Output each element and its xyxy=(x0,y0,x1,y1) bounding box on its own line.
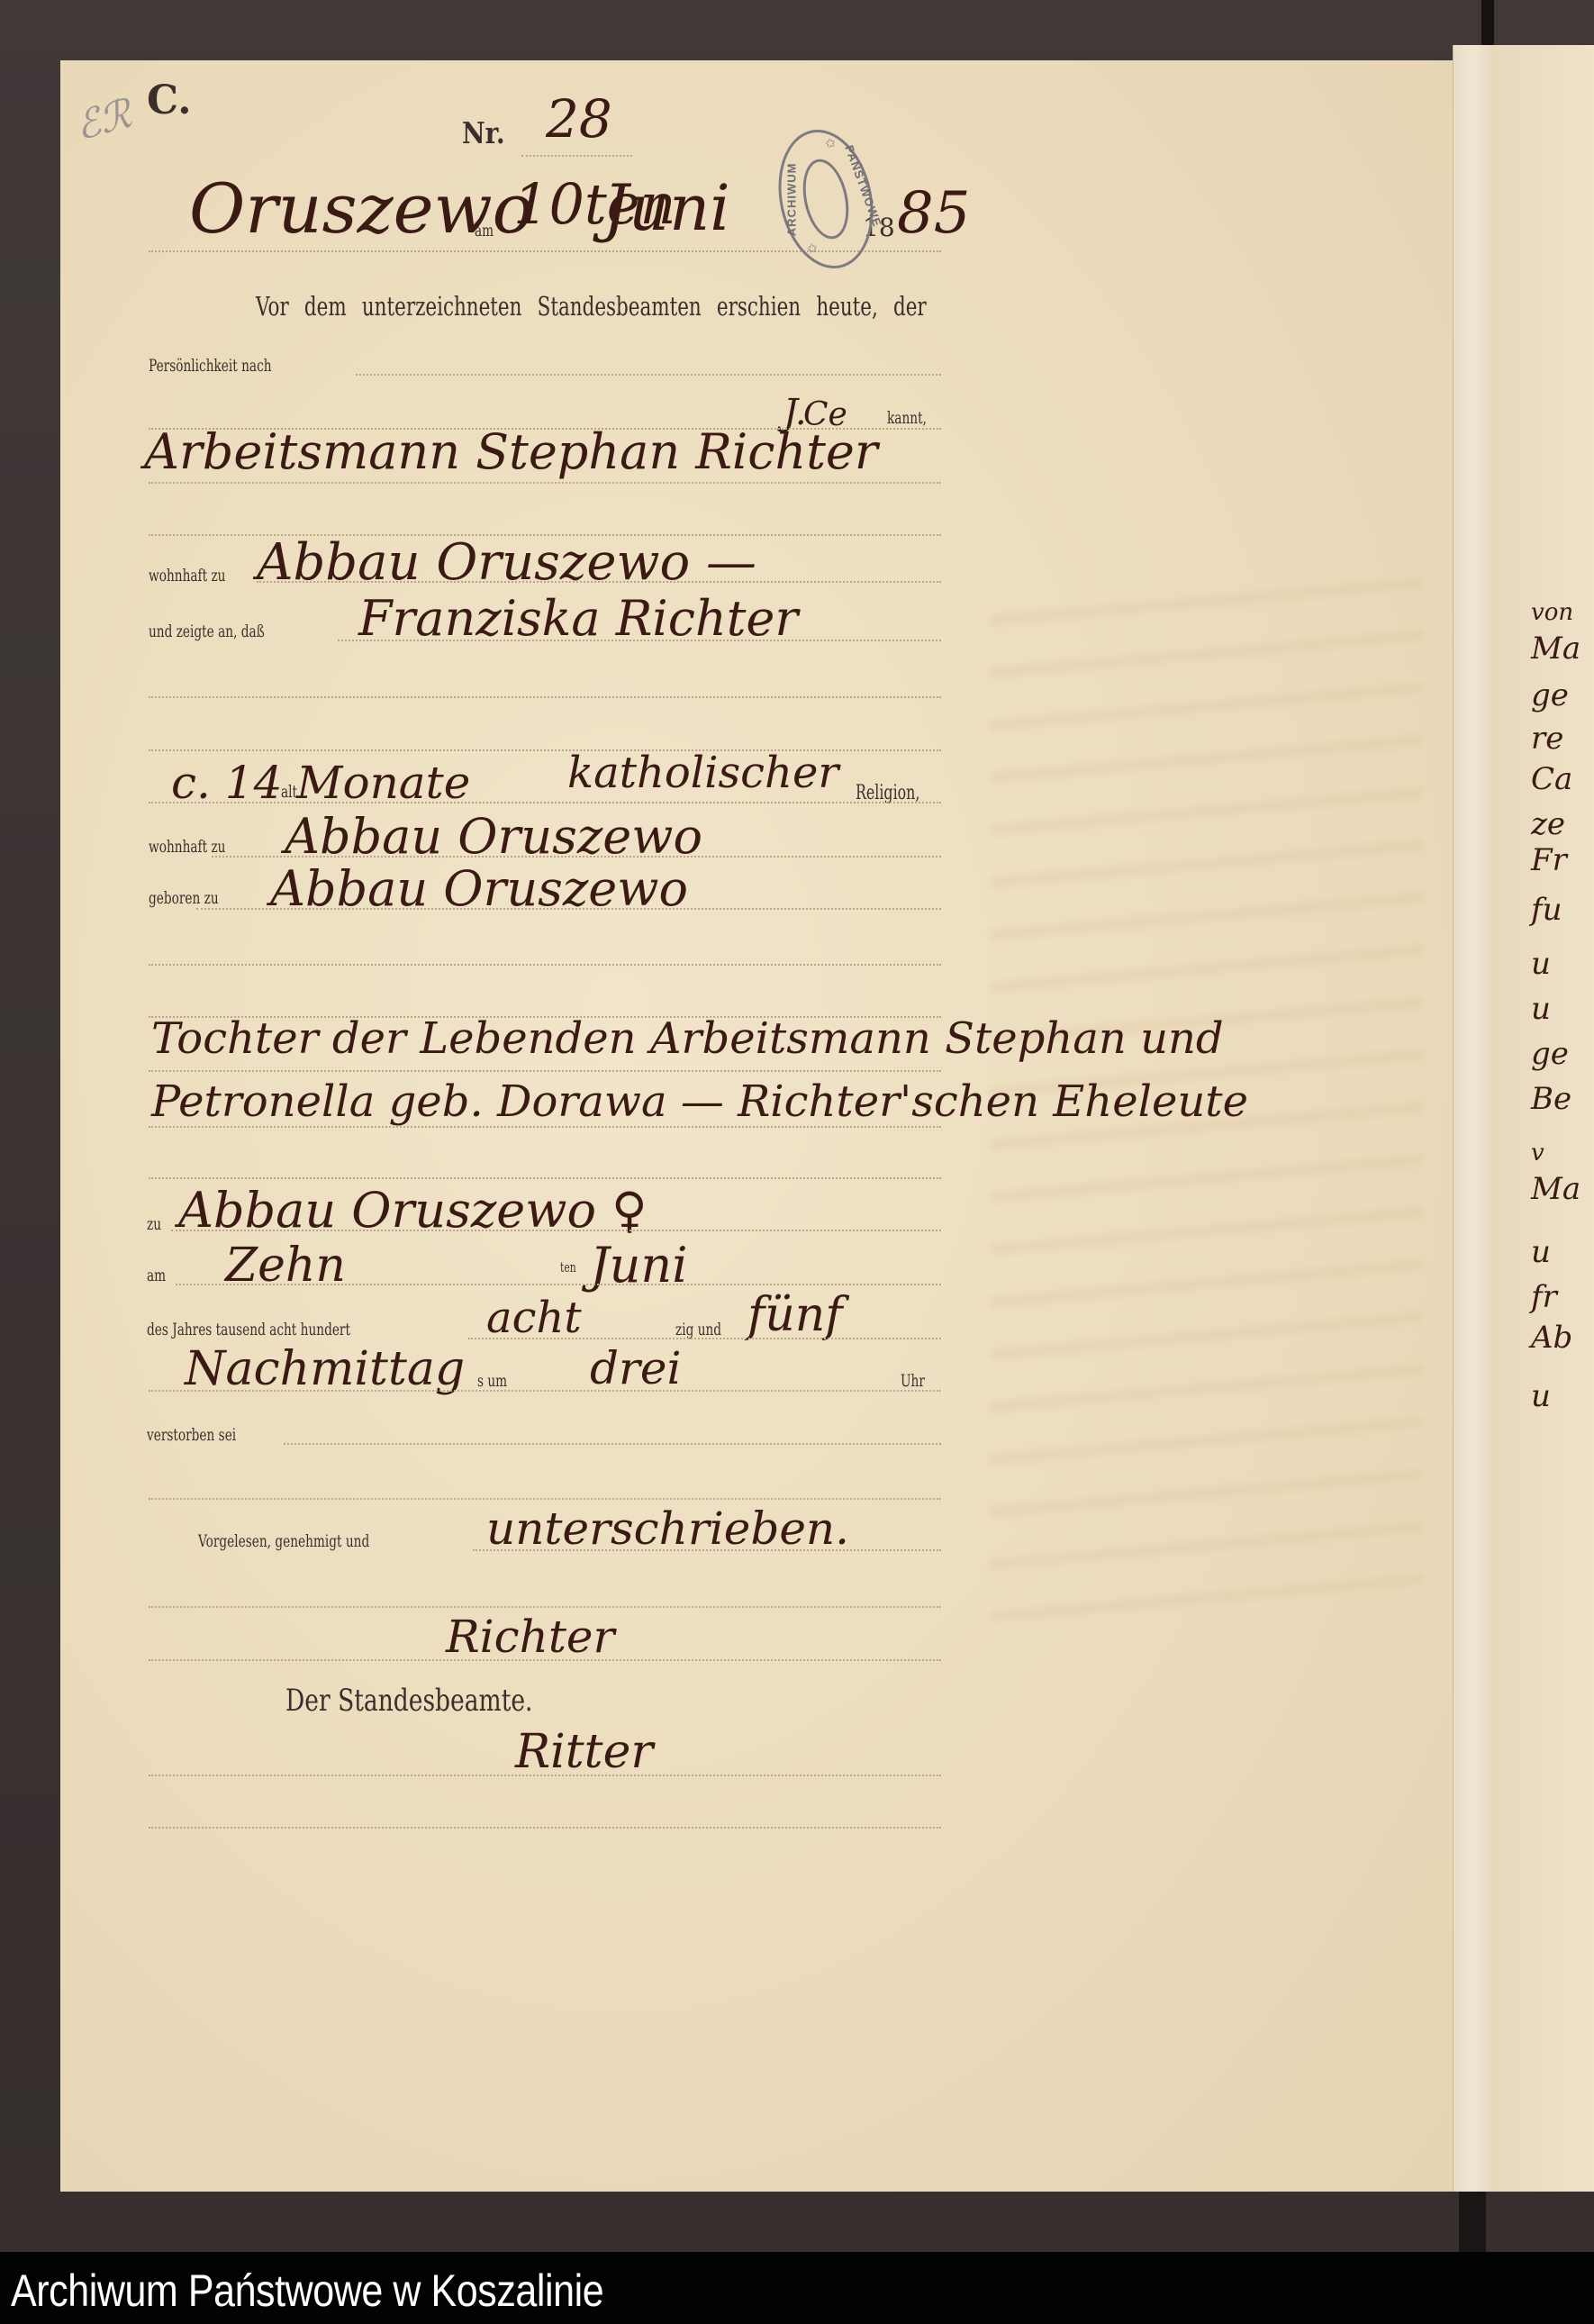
star-icon: ✩ xyxy=(806,241,820,257)
form-line xyxy=(468,1338,941,1339)
book-spine-top xyxy=(1481,0,1494,45)
time-of-day: Nachmittag xyxy=(185,1342,465,1396)
deceased-name: Franziska Richter xyxy=(358,590,798,647)
form-line xyxy=(149,482,941,484)
report-label: und zeigte an, daß xyxy=(149,622,265,641)
form-line xyxy=(149,696,941,698)
form-line xyxy=(284,1443,941,1445)
approval-value: unterschrieben. xyxy=(486,1502,849,1555)
registrar-signature: Ritter xyxy=(515,1725,653,1779)
form-line xyxy=(149,1827,941,1829)
parents-line-2: Petronella geb. Dorawa — Richter'schen E… xyxy=(151,1076,1248,1127)
year-tens: acht xyxy=(486,1293,582,1343)
date-am-label: am xyxy=(475,221,494,241)
book-spine-bottom xyxy=(1459,2192,1486,2252)
facing-line: fu xyxy=(1531,892,1562,928)
form-line xyxy=(257,581,941,583)
time-label: s um xyxy=(477,1371,507,1391)
facing-line: Ca xyxy=(1531,761,1572,797)
form-line xyxy=(149,1177,941,1179)
form-line xyxy=(212,856,941,858)
year-label: des Jahres tausend acht hundert xyxy=(147,1320,350,1339)
age-label: alt xyxy=(281,782,297,802)
date-year-suffix: 85 xyxy=(897,180,970,247)
archive-caption: Archiwum Państwowe w Koszalinie xyxy=(11,2265,603,2317)
form-line xyxy=(196,908,941,910)
record-number-label: Nr. xyxy=(462,115,505,150)
approval-label: Vorgelesen, genehmigt und xyxy=(198,1531,369,1551)
year-mid-label: zig und xyxy=(675,1320,721,1339)
form-line xyxy=(149,1390,941,1392)
record-number-line xyxy=(521,155,632,157)
form-line xyxy=(149,1070,941,1072)
deceased-residence-label: wohnhaft zu xyxy=(149,837,225,857)
facing-line: Ma xyxy=(1531,1171,1580,1207)
registrar-label: Der Standesbeamte. xyxy=(285,1683,532,1719)
hour: drei xyxy=(590,1342,682,1394)
form-line xyxy=(149,1775,941,1776)
informant-residence: Abbau Oruszewo — xyxy=(257,533,756,592)
facing-line: u xyxy=(1531,991,1551,1027)
facing-line: ze xyxy=(1531,806,1565,842)
facing-line: Ab xyxy=(1531,1320,1572,1356)
date-month: Juni xyxy=(603,171,730,245)
death-day-suffix: ten xyxy=(560,1259,576,1275)
facing-line: u xyxy=(1531,1378,1551,1414)
star-icon: ✩ xyxy=(824,136,838,152)
year-units: fünf xyxy=(747,1288,842,1342)
facing-line: ge xyxy=(1531,677,1569,713)
facing-line: von xyxy=(1531,599,1573,626)
form-line xyxy=(171,1230,941,1231)
form-line xyxy=(149,1606,941,1608)
stamp-text-archiwum: ARCHIWUM xyxy=(785,163,799,237)
form-line xyxy=(149,1498,941,1500)
informant-name: Arbeitsmann Stephan Richter xyxy=(144,423,878,480)
form-line xyxy=(338,640,941,641)
intro-line: Vor dem unterzeichneten Standesbeamten e… xyxy=(256,291,927,322)
facing-line: re xyxy=(1531,721,1563,757)
hour-label: Uhr xyxy=(901,1371,925,1391)
facing-line: Be xyxy=(1531,1081,1571,1117)
death-day-label: am xyxy=(147,1266,166,1285)
deceased-religion: katholischer xyxy=(567,748,838,798)
facing-line: u xyxy=(1531,1234,1551,1270)
died-label: verstorben sei xyxy=(147,1425,236,1445)
parents-line-1: Tochter der Lebenden Arbeitsmann Stephan… xyxy=(151,1013,1224,1064)
facing-line: u xyxy=(1531,946,1551,982)
record-number: 28 xyxy=(546,88,612,150)
page-gutter xyxy=(1453,45,1494,2192)
known-label: kannt, xyxy=(887,408,927,428)
form-line xyxy=(149,1126,941,1128)
facing-page xyxy=(1492,45,1594,2192)
facing-line: v xyxy=(1531,1139,1544,1167)
facing-line: fr xyxy=(1531,1279,1557,1315)
facing-line: Ma xyxy=(1531,631,1580,667)
facing-line: Fr xyxy=(1531,842,1567,878)
form-line xyxy=(473,1549,941,1551)
stamp-inner-ring xyxy=(796,155,856,243)
identity-label: Persönlichkeit nach xyxy=(149,356,272,376)
form-line xyxy=(149,802,941,803)
residence-label: wohnhaft zu xyxy=(149,566,225,586)
birthplace-label: geboren zu xyxy=(149,888,219,908)
form-line xyxy=(149,1659,941,1661)
facing-line: ge xyxy=(1531,1036,1569,1072)
form-letter: C. xyxy=(147,77,192,123)
death-place-label: zu xyxy=(147,1214,161,1234)
form-line xyxy=(356,374,941,376)
form-line xyxy=(176,1284,941,1285)
informant-signature: Richter xyxy=(446,1611,614,1663)
form-line xyxy=(149,964,941,966)
